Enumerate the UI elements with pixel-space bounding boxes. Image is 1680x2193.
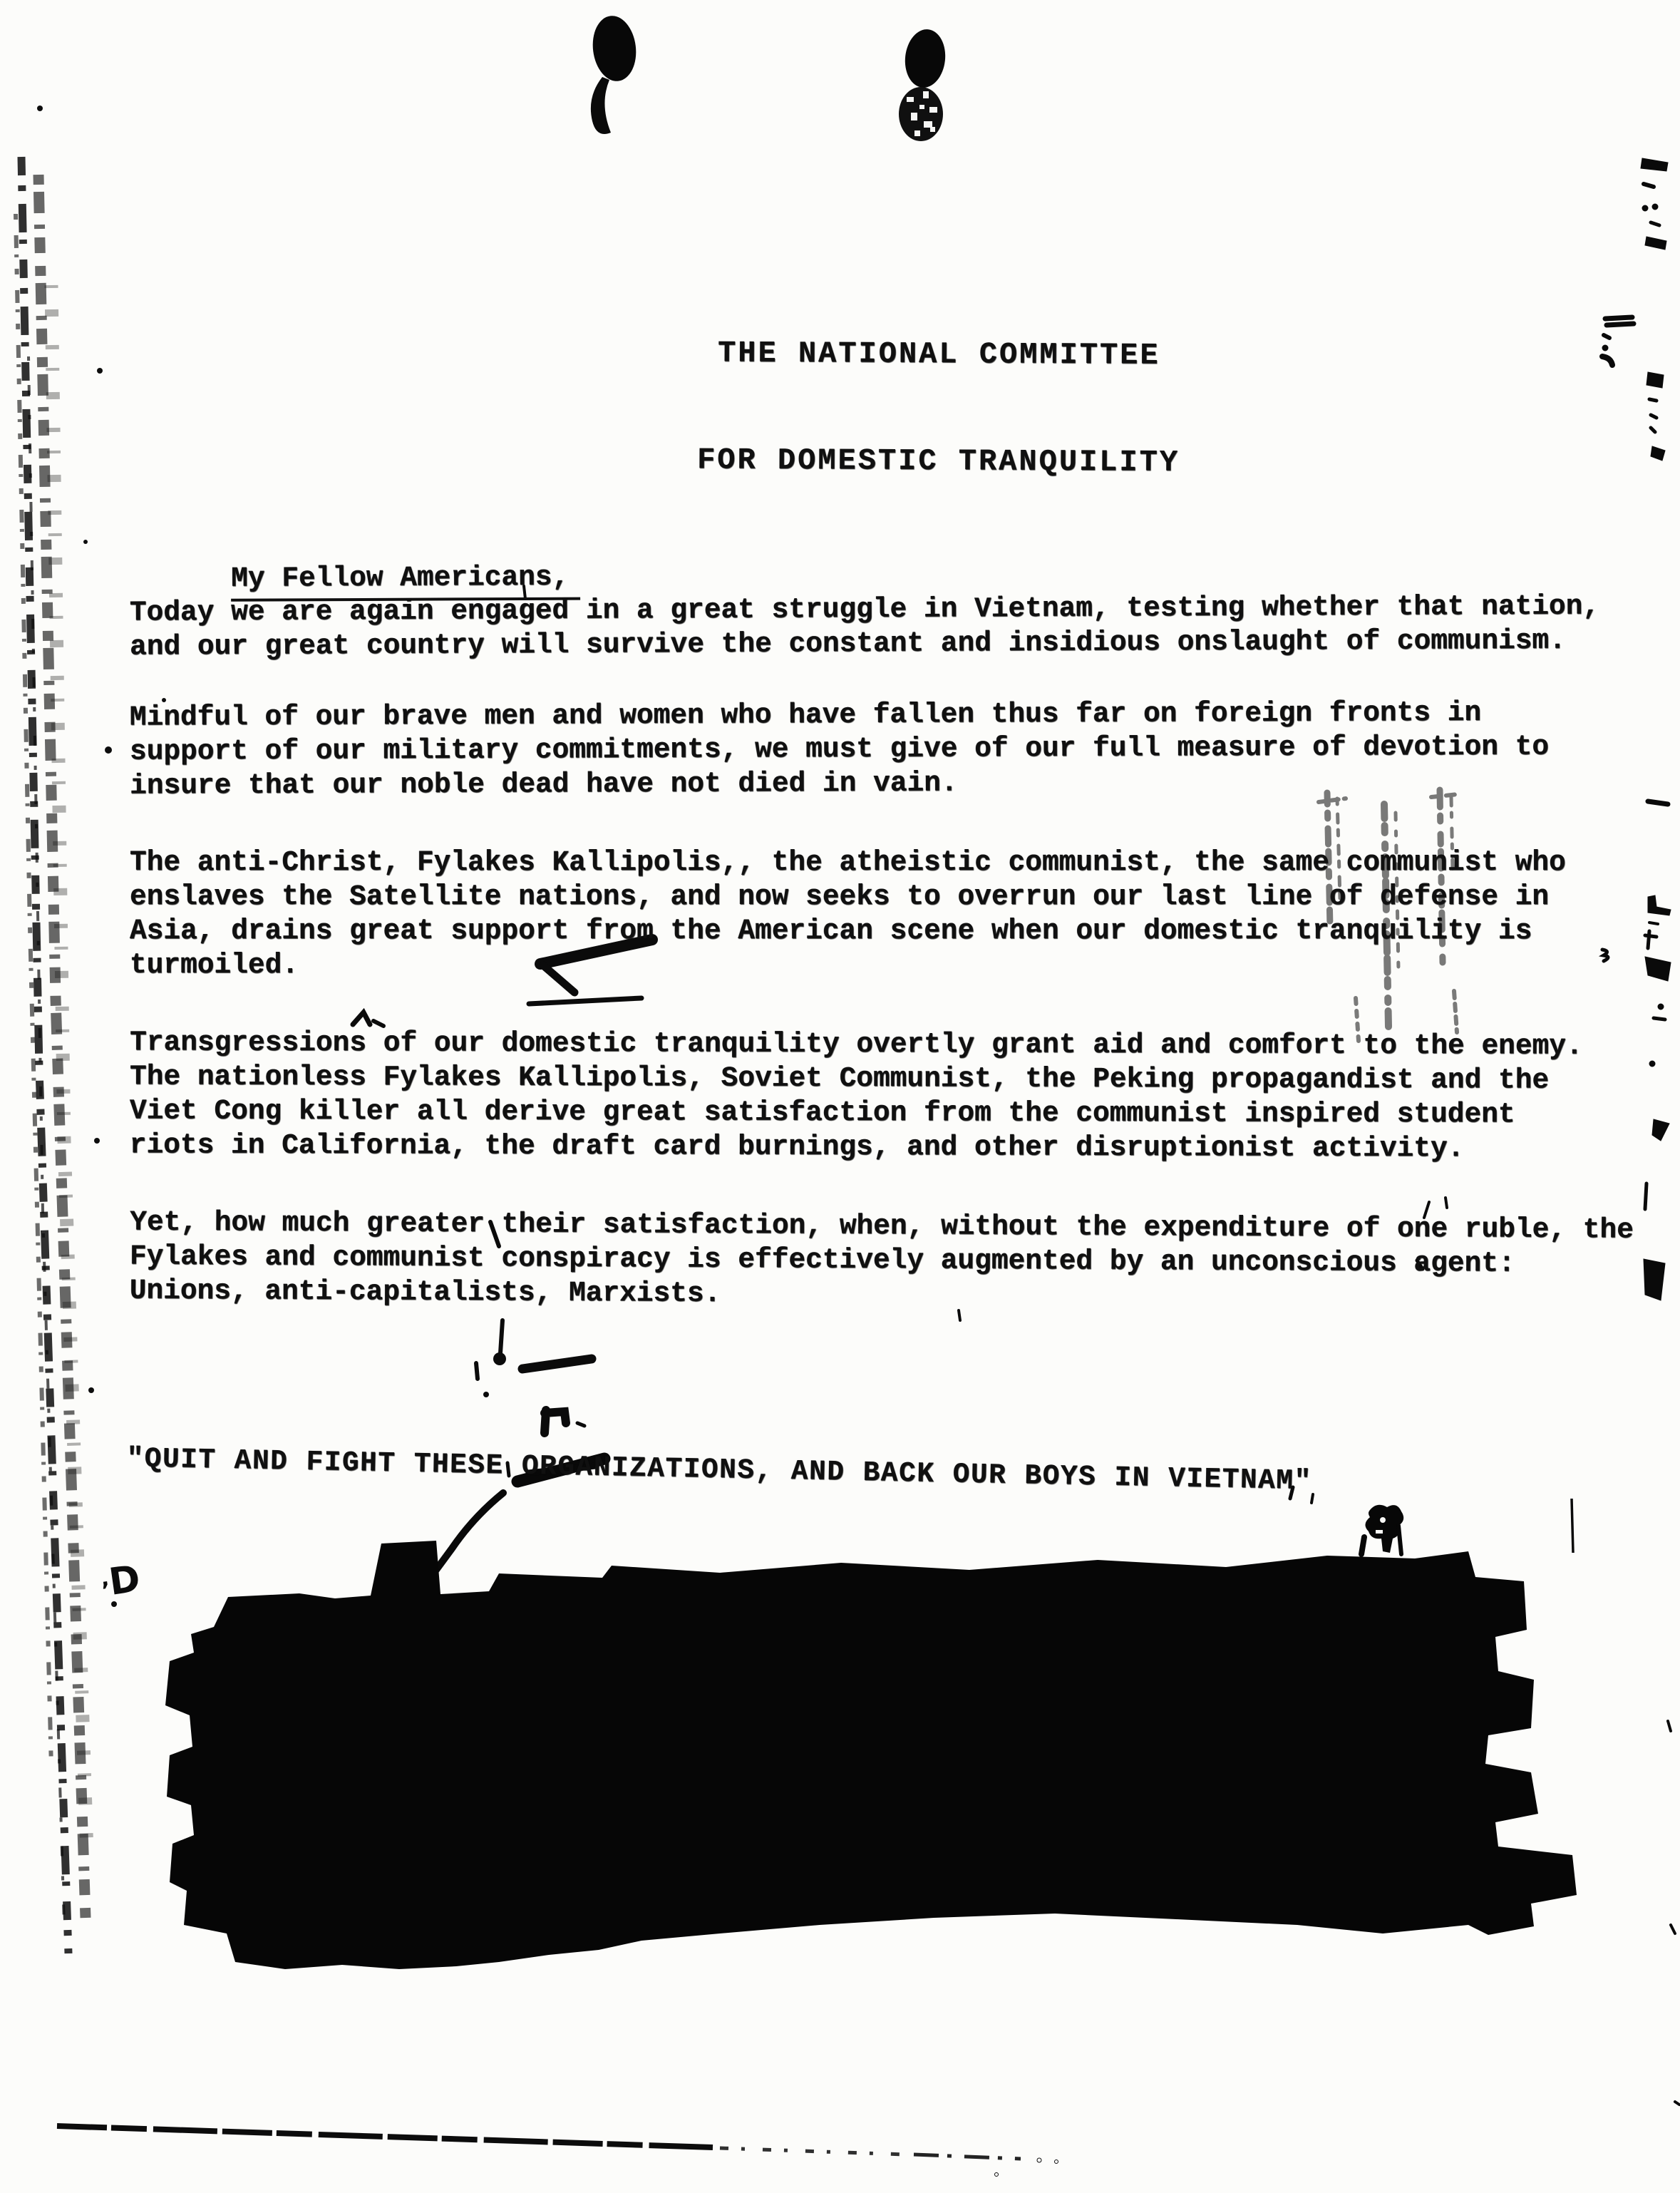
redaction-block (165, 1541, 1577, 1969)
scanned-letter-page: THE NATIONAL COMMITTEE FOR DOMESTIC TRAN… (0, 0, 1680, 2193)
redaction-layer (0, 0, 1680, 2193)
doodle-figure-on-redaction (1361, 1505, 1403, 1554)
redaction-stray-hair (1572, 1499, 1573, 1553)
